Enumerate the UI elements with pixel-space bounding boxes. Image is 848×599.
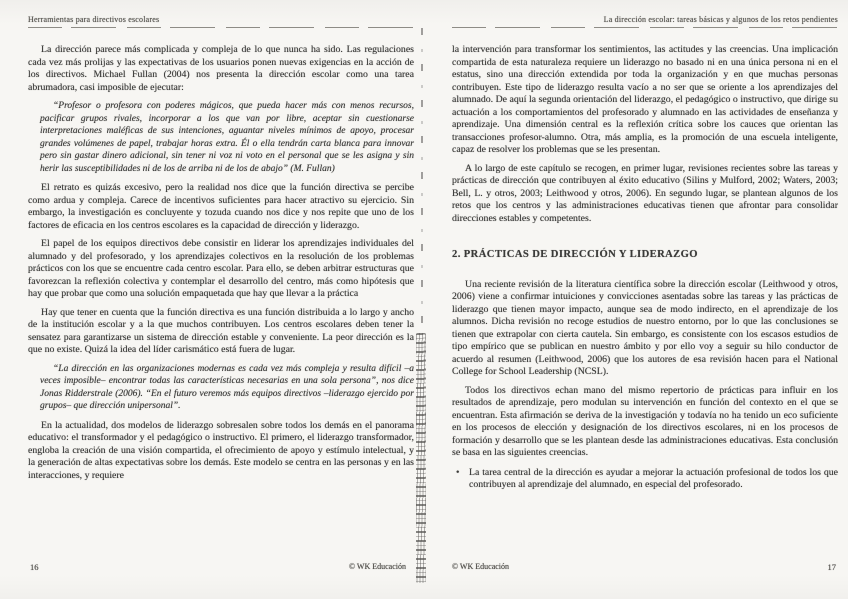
running-header-left: Herramientas para directivos escolares xyxy=(28,15,414,24)
paragraph: Todos los directivos echan mano del mism… xyxy=(452,385,838,460)
bullet-item: • La tarea central de la dirección es ay… xyxy=(456,467,838,492)
quote-block: “La dirección en las organizaciones mode… xyxy=(40,363,414,413)
paragraph: Hay que tener en cuenta que la función d… xyxy=(28,307,414,357)
right-page-body: la intervención para transformar los sen… xyxy=(452,44,838,492)
page-number: 17 xyxy=(828,562,837,572)
imprint: © WK Educación xyxy=(349,562,406,571)
binding-gutter-smudge xyxy=(416,333,426,583)
bullet-icon: • xyxy=(456,467,469,492)
paragraph: En la actualidad, dos modelos de lideraz… xyxy=(28,420,414,483)
left-page: Herramientas para directivos escolares L… xyxy=(28,0,414,599)
paragraph: Una reciente revisión de la literatura c… xyxy=(452,279,838,379)
right-page: La dirección escolar: tareas básicas y a… xyxy=(452,0,838,599)
paragraph: la intervención para transformar los sen… xyxy=(452,44,838,157)
book-spread: Herramientas para directivos escolares L… xyxy=(0,0,848,599)
running-header-right: La dirección escolar: tareas básicas y a… xyxy=(452,15,838,24)
imprint: © WK Educación xyxy=(452,562,509,571)
page-number: 16 xyxy=(30,562,39,572)
bullet-text: La tarea central de la dirección es ayud… xyxy=(469,467,838,492)
paragraph: A lo largo de este capítulo se recogen, … xyxy=(452,163,838,226)
paragraph: La dirección parece más complicada y com… xyxy=(28,44,414,94)
left-page-body: La dirección parece más complicada y com… xyxy=(28,44,414,488)
quote-block: “Profesor o profesora con poderes mágico… xyxy=(40,100,414,175)
paragraph: El retrato es quizás excesivo, pero la r… xyxy=(28,182,414,232)
section-heading: 2. PRÁCTICAS DE DIRECCIÓN Y LIDERAZGO xyxy=(452,249,838,262)
paragraph: El papel de los equipos directivos debe … xyxy=(28,238,414,301)
header-rule-left xyxy=(28,27,414,28)
binding-gutter-line xyxy=(421,28,423,333)
header-rule-right xyxy=(452,27,838,28)
